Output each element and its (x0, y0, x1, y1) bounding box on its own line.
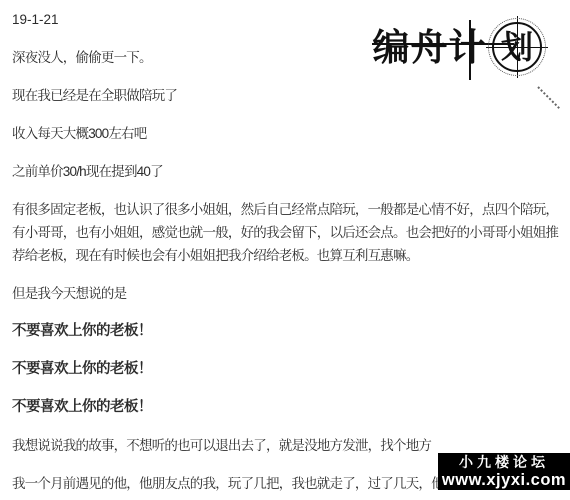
post-paragraph: 收入每天大概300左右吧 (12, 122, 562, 145)
lens-crosshair-icon (486, 47, 548, 48)
lens-circle-icon: 划 (492, 22, 542, 72)
watermark-site-url: www.xjyxi.com (442, 471, 566, 489)
logo-wordmark: 编 舟 计 划 (372, 22, 542, 72)
logo-char: 计 (448, 29, 486, 66)
post-paragraph: 之前单价30/h现在提到40了 (12, 160, 562, 183)
emphasis-line: 不要喜欢上你的老板！ (12, 320, 562, 343)
post-paragraph: 但是我今天想说的是 (12, 282, 562, 305)
site-logo: 编 舟 计 划 (366, 8, 564, 90)
site-watermark: 小九楼论坛 www.xjyxi.com (438, 453, 570, 490)
logo-char: 编 (372, 29, 410, 66)
logo-char: 舟 (410, 29, 448, 66)
emphasis-line: 不要喜欢上你的老板！ (12, 358, 562, 381)
article-page: 编 舟 计 划 19-1-21 深夜没人，偷偷更一下。 现在我已经是在全职做陪玩… (0, 0, 570, 500)
post-paragraph: 有很多固定老板，也认识了很多小姐姐，然后自己经常点陪玩，一般都是心情不好，点四个… (12, 198, 562, 267)
logo-char: 划 (501, 31, 533, 63)
watermark-site-name: 小九楼论坛 (459, 454, 549, 471)
emphasis-line: 不要喜欢上你的老板！ (12, 396, 562, 419)
lens-crosshair-icon (517, 16, 518, 78)
